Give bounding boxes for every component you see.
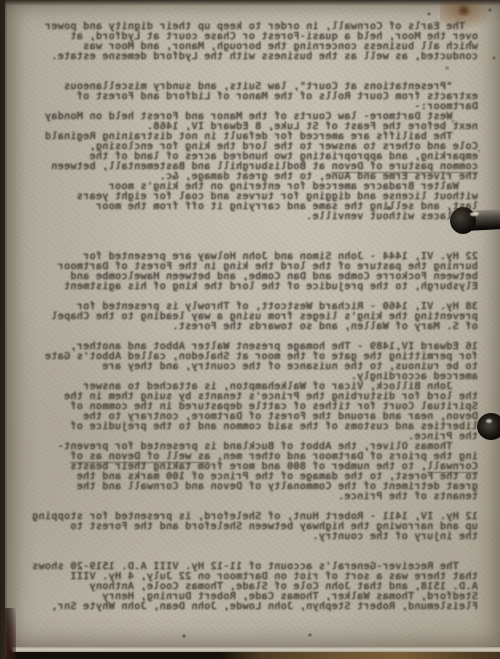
binding-post-glint bbox=[486, 419, 492, 423]
text-line: of S. Mary of Wallen, and so towards the… bbox=[20, 322, 478, 332]
text-line: the injury of the country. bbox=[20, 532, 478, 542]
text-line bbox=[20, 232, 478, 242]
text-line: Elysburgh, to the prejudice of the lord … bbox=[20, 282, 478, 292]
page-top-edge bbox=[0, 0, 500, 6]
page-text: The Earls of Cornwall, in order to keep … bbox=[20, 22, 478, 612]
page-left-edge bbox=[0, 0, 7, 659]
text-line bbox=[20, 222, 478, 232]
text-line: conducted, as well as the business with … bbox=[20, 52, 478, 62]
text-line bbox=[20, 542, 478, 552]
text-line: tenants of the Prince. bbox=[20, 492, 478, 502]
text-line bbox=[20, 62, 478, 72]
desk-surface bbox=[0, 652, 500, 659]
photographed-document-scene: The Earls of Cornwall, in order to keep … bbox=[0, 0, 500, 659]
binding-post-top bbox=[450, 207, 476, 234]
text-line: to places without venville. bbox=[20, 212, 478, 222]
text-line: Fleislemund, Robert Stephyn, John Lowde,… bbox=[20, 602, 478, 612]
stain bbox=[456, 5, 472, 16]
text-line: extracts from Court Rolls of the Manor o… bbox=[20, 92, 478, 102]
binding-post-bottom bbox=[477, 413, 500, 440]
